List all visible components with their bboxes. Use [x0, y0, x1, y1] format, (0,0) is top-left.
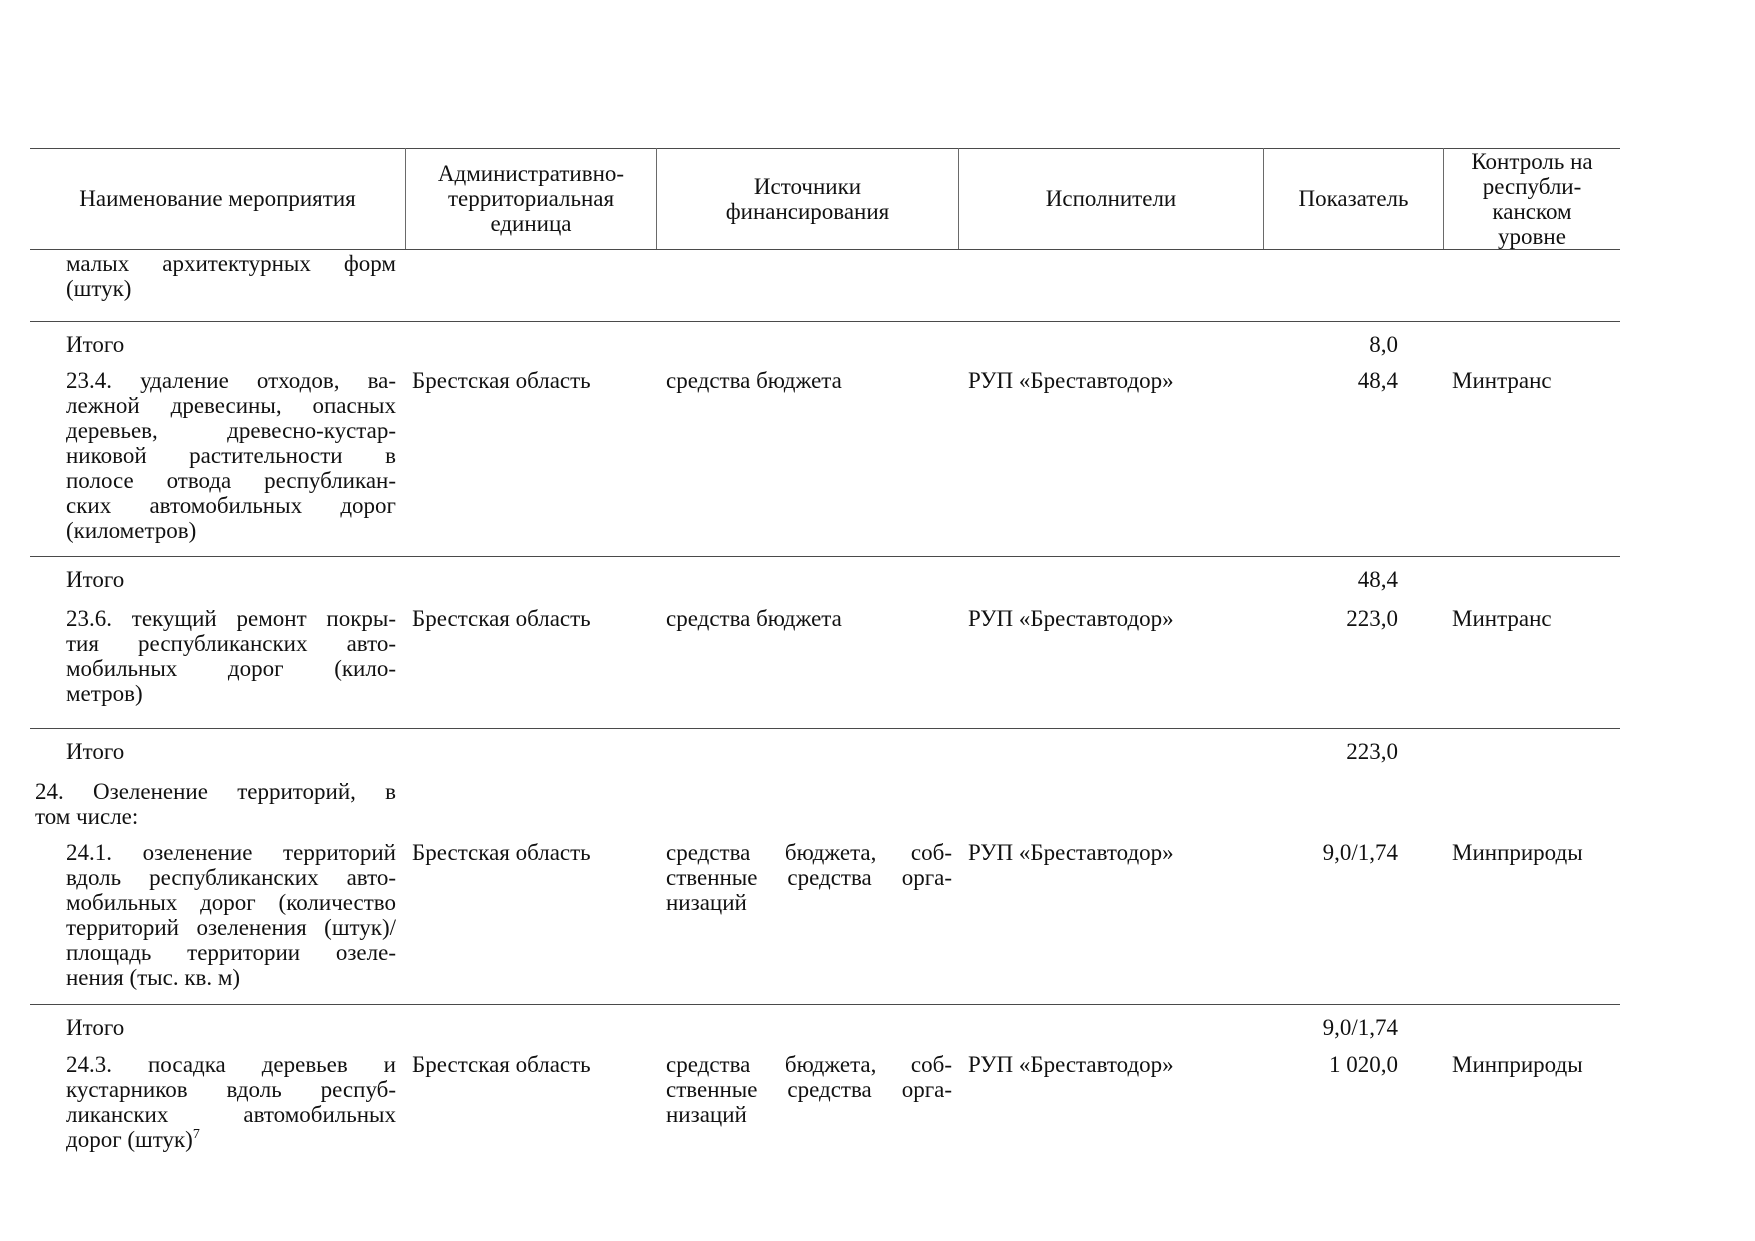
- name-line-text: дорог (штук): [66, 1127, 193, 1152]
- name-line: вдоль республиканских авто-: [66, 865, 396, 890]
- header-funding-line: финансирования: [726, 199, 890, 224]
- header-name-text: Наименование мероприятия: [79, 186, 355, 211]
- total-value: 223,0: [1264, 739, 1398, 764]
- admin-unit: Брестская область: [412, 606, 591, 631]
- funding-line: ственные средства орга-: [666, 865, 952, 890]
- total-value: 48,4: [1264, 567, 1398, 592]
- name-line: мобильных дорог (количество: [66, 890, 396, 915]
- admin-unit: Брестская область: [412, 1052, 591, 1077]
- row-divider: [30, 1004, 1620, 1005]
- total-label: Итого: [66, 332, 124, 357]
- control-body: Минтранс: [1452, 368, 1552, 393]
- funding-source: средства бюджета: [666, 368, 842, 393]
- measure-name: 23.6. текущий ремонт покры- тия республи…: [66, 606, 396, 706]
- admin-unit: Брестская область: [412, 368, 591, 393]
- name-line: деревьев, древесно-кустар-: [66, 418, 396, 443]
- name-line: (штук): [66, 276, 396, 301]
- executor: РУП «Бреставтодор»: [968, 368, 1174, 393]
- funding-line: ственные средства орга-: [666, 1077, 952, 1102]
- header-funding-line: Источники: [726, 174, 890, 199]
- funding-line: средства бюджета, соб-: [666, 840, 952, 865]
- executor: РУП «Бреставтодор»: [968, 606, 1174, 631]
- name-line: никовой растительности в: [66, 443, 396, 468]
- header-admin-unit-line: территориальная: [438, 186, 624, 211]
- header-name: Наименование мероприятия: [30, 148, 405, 249]
- control-body: Минприроды: [1452, 840, 1583, 865]
- name-line: дорог (штук)7: [66, 1127, 396, 1152]
- funding-source: средства бюджета: [666, 606, 842, 631]
- control-body: Минприроды: [1452, 1052, 1583, 1077]
- name-line: тия республиканских авто-: [66, 631, 396, 656]
- header-executors: Исполнители: [959, 148, 1263, 249]
- name-line: метров): [66, 681, 396, 706]
- header-control-line: Контроль на: [1471, 149, 1592, 174]
- funding-source: средства бюджета, соб- ственные средства…: [666, 840, 952, 915]
- row-divider: [30, 728, 1620, 729]
- header-control-line: канском: [1471, 199, 1592, 224]
- funding-line: низаций: [666, 1102, 952, 1127]
- name-line: территорий озеленения (штук)/: [66, 915, 396, 940]
- indicator-value: 9,0/1,74: [1264, 840, 1398, 865]
- header-indicator-text: Показатель: [1298, 186, 1408, 211]
- header-executors-text: Исполнители: [1046, 186, 1176, 211]
- name-line: 24.3. посадка деревьев и: [66, 1052, 396, 1077]
- section-heading: 24. Озеленение территорий, в том числе:: [35, 779, 396, 829]
- footnote-marker[interactable]: 7: [193, 1127, 200, 1142]
- executor: РУП «Бреставтодор»: [968, 1052, 1174, 1077]
- name-line: полосе отвода республикан-: [66, 468, 396, 493]
- name-line: нения (тыс. кв. м): [66, 965, 396, 990]
- header-admin-unit: Административно- территориальная единица: [406, 148, 656, 249]
- funding-line: средства бюджета, соб-: [666, 1052, 952, 1077]
- funding-source: средства бюджета, соб- ственные средства…: [666, 1052, 952, 1127]
- section-line: 24. Озеленение территорий, в: [35, 779, 396, 804]
- name-line: малых архитектурных форм: [66, 251, 396, 276]
- total-value: 8,0: [1264, 332, 1398, 357]
- header-control-line: уровне: [1471, 224, 1592, 249]
- name-line: 24.1. озеленение территорий: [66, 840, 396, 865]
- header-control-line: республи-: [1471, 174, 1592, 199]
- admin-unit: Брестская область: [412, 840, 591, 865]
- header-admin-unit-line: единица: [438, 211, 624, 236]
- header-indicator: Показатель: [1264, 148, 1443, 249]
- indicator-value: 48,4: [1264, 368, 1398, 393]
- measure-name: 23.4. удаление отходов, ва- лежной древе…: [66, 368, 396, 543]
- name-line: мобильных дорог (кило-: [66, 656, 396, 681]
- total-label: Итого: [66, 1015, 124, 1040]
- name-line: площадь территории озеле-: [66, 940, 396, 965]
- header-funding: Источники финансирования: [657, 148, 958, 249]
- continuation-name: малых архитектурных форм (штук): [66, 251, 396, 301]
- total-value: 9,0/1,74: [1264, 1015, 1398, 1040]
- row-divider: [30, 556, 1620, 557]
- name-line: ликанских автомобильных: [66, 1102, 396, 1127]
- total-label: Итого: [66, 739, 124, 764]
- indicator-value: 223,0: [1264, 606, 1398, 631]
- header-bottom-rule: [30, 249, 1620, 250]
- section-line: том числе:: [35, 804, 396, 829]
- control-body: Минтранс: [1452, 606, 1552, 631]
- row-divider: [30, 321, 1620, 322]
- header-admin-unit-line: Административно-: [438, 161, 624, 186]
- name-line: 23.6. текущий ремонт покры-: [66, 606, 396, 631]
- indicator-value: 1 020,0: [1264, 1052, 1398, 1077]
- funding-line: низаций: [666, 890, 952, 915]
- name-line: кустарников вдоль респуб-: [66, 1077, 396, 1102]
- name-line: (километров): [66, 518, 396, 543]
- name-line: ских автомобильных дорог: [66, 493, 396, 518]
- executor: РУП «Бреставтодор»: [968, 840, 1174, 865]
- measure-name: 24.3. посадка деревьев и кустарников вдо…: [66, 1052, 396, 1152]
- document-page: Наименование мероприятия Административно…: [0, 0, 1755, 1241]
- name-line: лежной древесины, опасных: [66, 393, 396, 418]
- name-line: 23.4. удаление отходов, ва-: [66, 368, 396, 393]
- header-control: Контроль на республи- канском уровне: [1444, 148, 1620, 249]
- total-label: Итого: [66, 567, 124, 592]
- measure-name: 24.1. озеленение территорий вдоль респуб…: [66, 840, 396, 990]
